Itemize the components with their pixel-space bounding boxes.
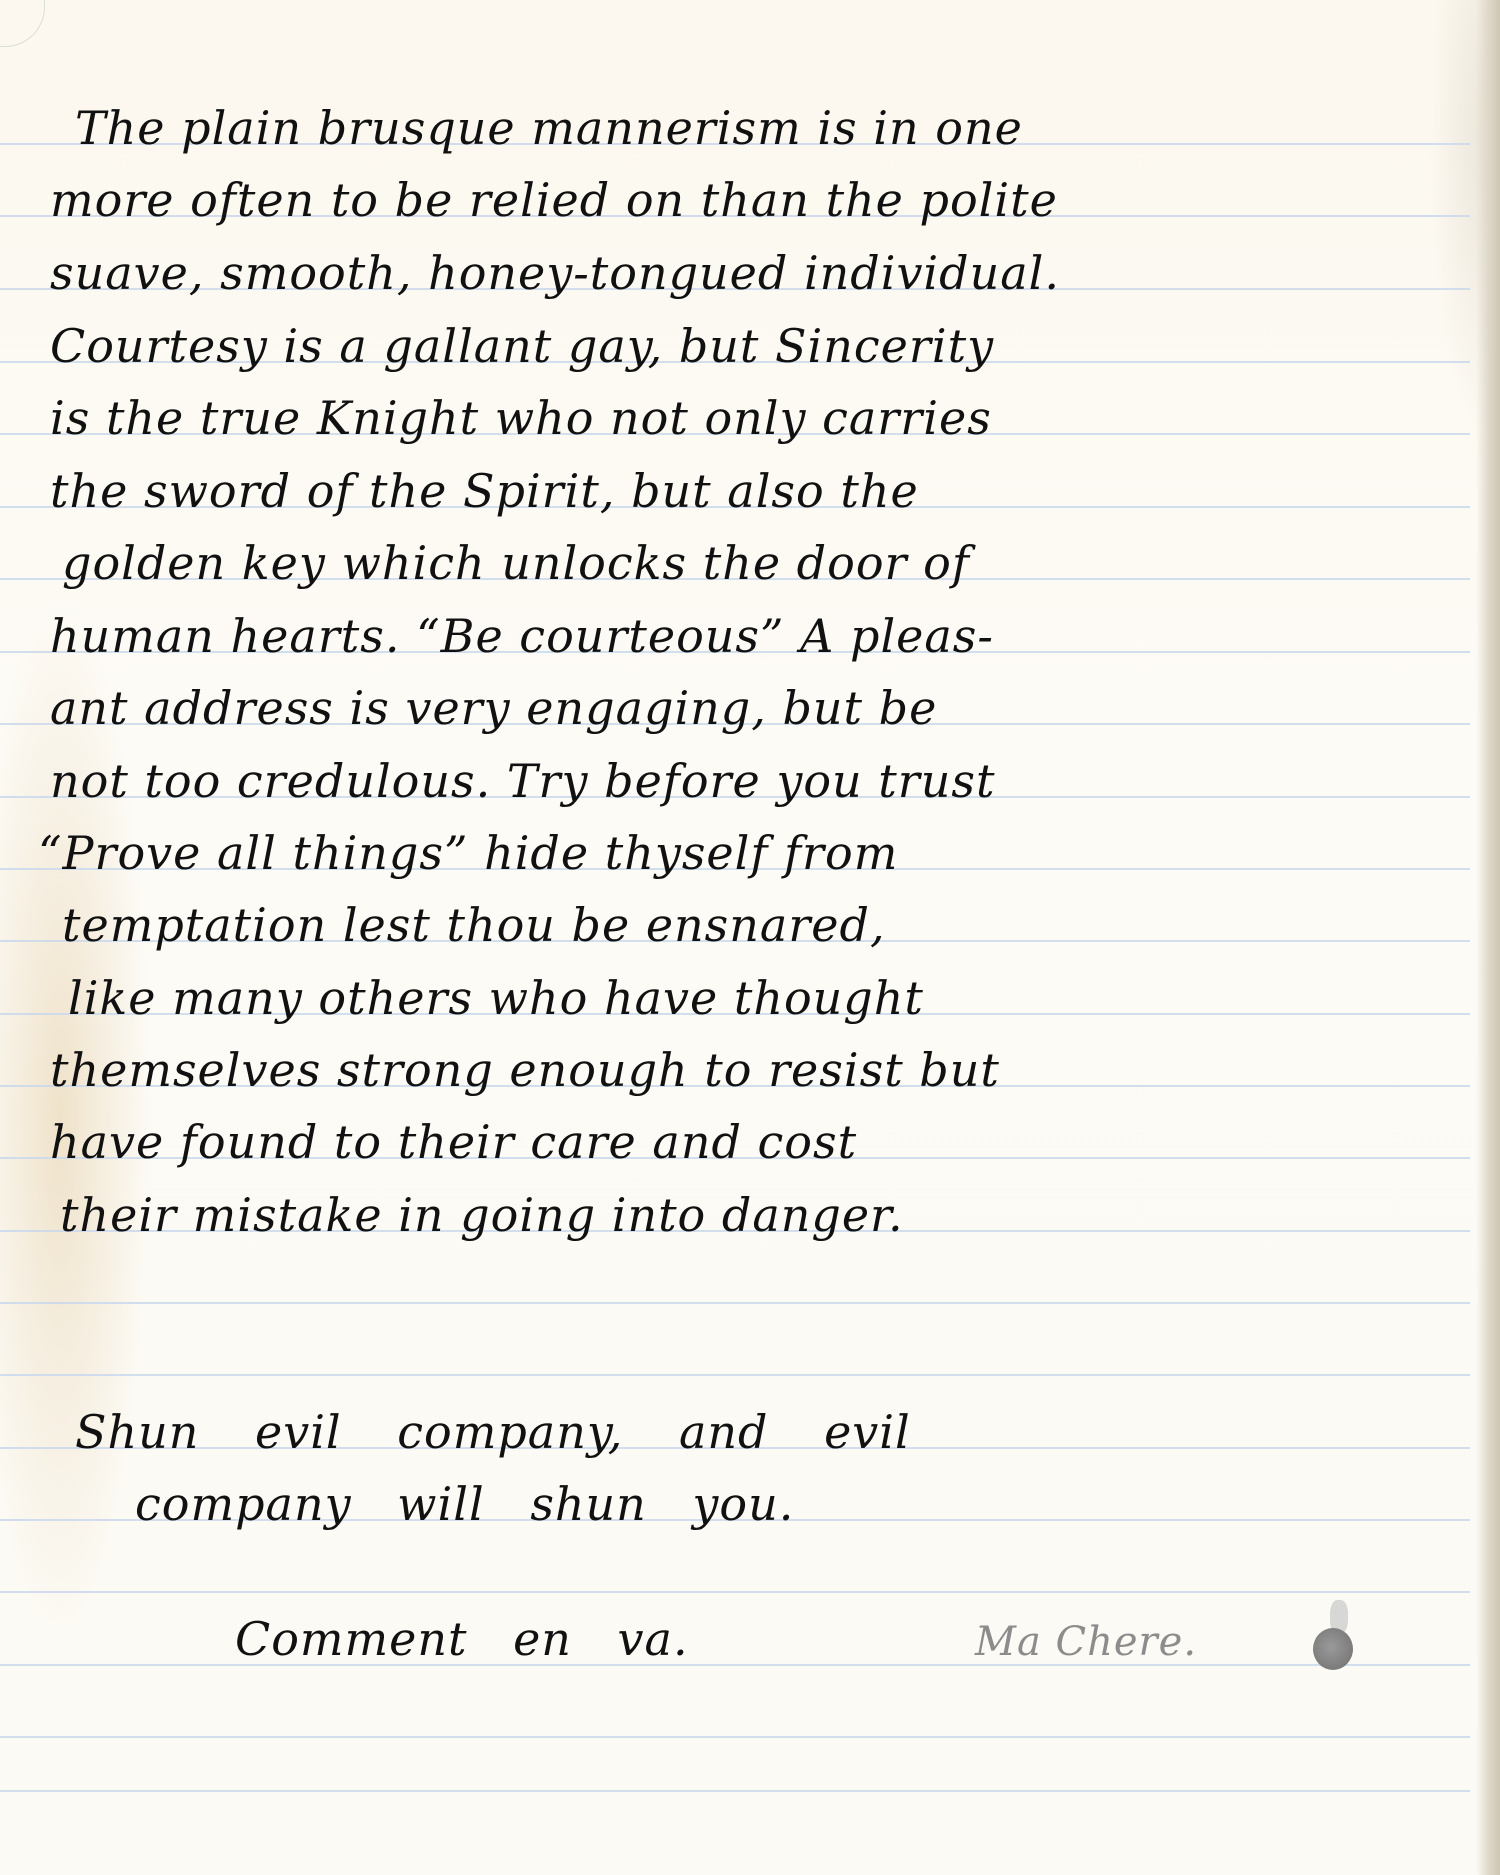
text-line: Shun evil company, and evil bbox=[75, 1409, 911, 1455]
torn-corner bbox=[0, 0, 45, 47]
text-line: the sword of the Spirit, but also the bbox=[50, 468, 919, 514]
text-line: “Prove all things” hide thyself from bbox=[38, 830, 898, 876]
text-line: is the true Knight who not only carries bbox=[50, 395, 992, 441]
ruled-line bbox=[0, 1736, 1470, 1738]
closing-ink-text: Comment en va. bbox=[235, 1616, 689, 1662]
text-line: more often to be relied on than the poli… bbox=[50, 177, 1058, 223]
text-line: suave, smooth, honey-tongued individual. bbox=[50, 250, 1060, 296]
text-line: temptation lest thou be ensnared, bbox=[62, 902, 886, 948]
closing-pencil-text: Ma Chere. bbox=[975, 1622, 1197, 1662]
ruled-line bbox=[0, 1374, 1470, 1376]
page-edge-shadow bbox=[1476, 0, 1500, 1875]
text-line: their mistake in going into danger. bbox=[60, 1192, 904, 1238]
ruled-line bbox=[0, 1302, 1470, 1304]
ruled-line bbox=[0, 1591, 1470, 1593]
notebook-page: The plain brusque mannerism is in one mo… bbox=[0, 0, 1500, 1875]
text-line: have found to their care and cost bbox=[50, 1119, 857, 1165]
text-line: The plain brusque mannerism is in one bbox=[75, 105, 1023, 151]
text-line: ant address is very engaging, but be bbox=[50, 685, 937, 731]
text-line: themselves strong enough to resist but bbox=[50, 1047, 1000, 1093]
text-line: company will shun you. bbox=[135, 1481, 794, 1527]
ink-blot bbox=[1313, 1628, 1353, 1670]
text-line: golden key which unlocks the door of bbox=[62, 540, 970, 586]
text-line: human hearts. “Be courteous” A pleas- bbox=[50, 613, 994, 659]
ruled-line bbox=[0, 1664, 1470, 1666]
text-line: Courtesy is a gallant gay, but Sincerity bbox=[50, 323, 994, 369]
text-line: not too credulous. Try before you trust bbox=[50, 758, 995, 804]
text-line: like many others who have thought bbox=[68, 975, 924, 1021]
ruled-line bbox=[0, 1790, 1470, 1792]
